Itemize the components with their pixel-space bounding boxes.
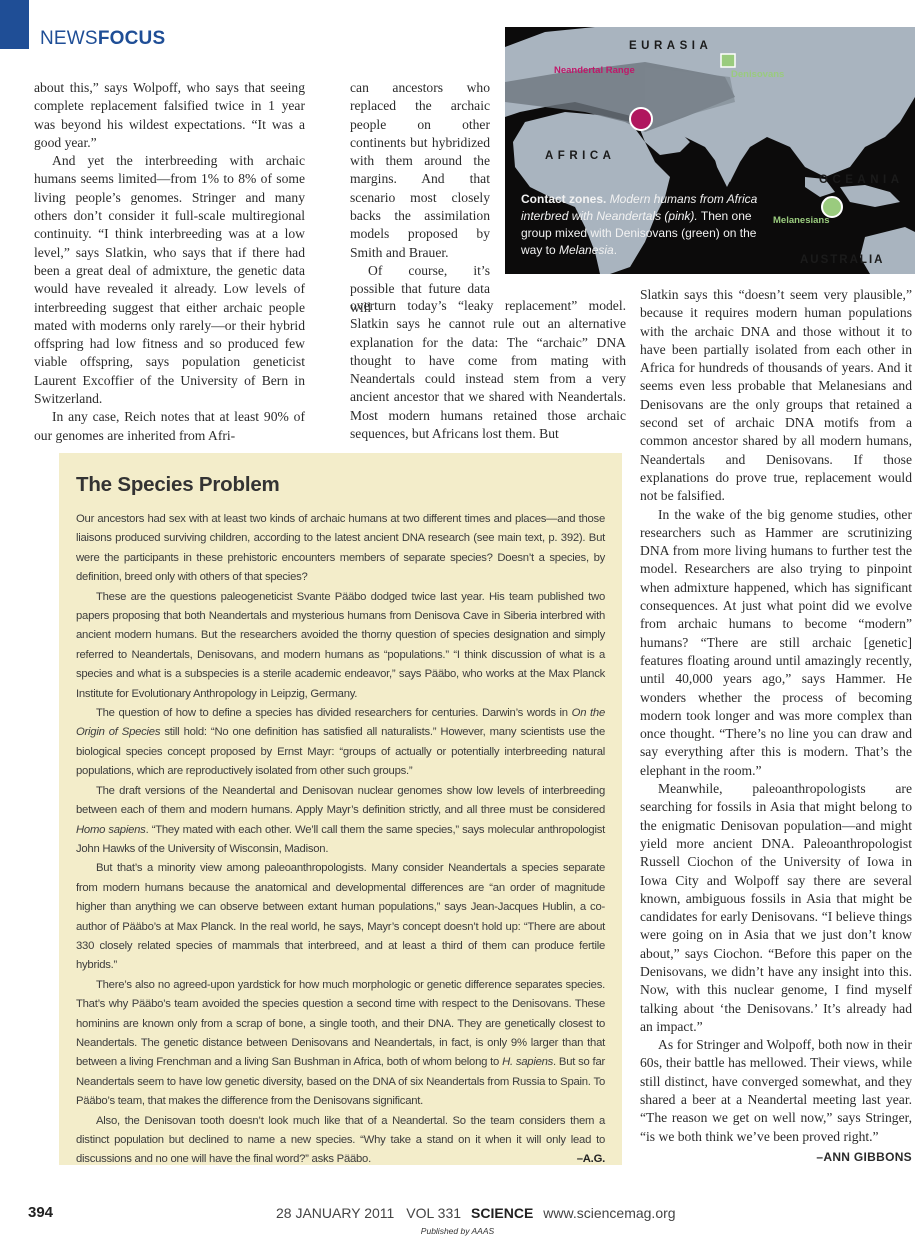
map-label-oceania: OCEANIA <box>819 174 904 186</box>
text-span: The question of how to define a species … <box>96 707 572 719</box>
article-paragraph: can ancestors who replaced the archaic p… <box>350 79 490 262</box>
sidebar-paragraph: The question of how to define a species … <box>76 704 605 782</box>
map-label-australia: AUSTRALIA <box>800 254 884 266</box>
author-byline: –ANN GIBBONS <box>798 1148 912 1166</box>
map-label-africa: AFRICA <box>545 150 615 162</box>
article-paragraph: Slatkin says this “doesn’t seem very pla… <box>640 286 912 506</box>
caption-period: . <box>614 243 617 257</box>
contact-zones-map: EURASIA AFRICA OCEANIA AUSTRALIA Neander… <box>505 27 915 274</box>
sidebar-title: The Species Problem <box>76 473 605 497</box>
issue-date: 28 JANUARY 2011 <box>276 1205 394 1221</box>
melanesia-contact-marker <box>822 197 842 217</box>
section-header: NEWSFOCUS <box>40 28 165 50</box>
sidebar-box-species-problem: The Species Problem Our ancestors had se… <box>59 453 622 1165</box>
article-paragraph: Meanwhile, paleoanthropologists are sear… <box>640 780 912 1036</box>
map-tag-neandertal-range: Neandertal Range <box>554 65 635 76</box>
publisher-note: Published by AAAS <box>0 1226 915 1236</box>
article-column-2-wide: overturn today’s “leaky replacement” mod… <box>350 297 626 443</box>
sidebar-paragraph: Our ancestors had sex with at least two … <box>76 510 605 588</box>
sidebar-paragraph: There’s also no agreed-upon yardstick fo… <box>76 976 605 1112</box>
article-paragraph: about this,” says Wolpoff, who says that… <box>34 79 305 152</box>
map-caption: Contact zones. Modern humans from Africa… <box>521 191 761 259</box>
species-name: Homo sapiens <box>76 824 146 836</box>
article-paragraph-last: As for Stringer and Wolpoff, both now in… <box>640 1036 912 1146</box>
article-column-1: about this,” says Wolpoff, who says that… <box>34 79 305 445</box>
section-header-light: NEWS <box>40 28 98 49</box>
journal-name: SCIENCE <box>471 1205 533 1221</box>
sidebar-paragraph: Also, the Denisovan tooth doesn’t look m… <box>76 1112 605 1170</box>
map-label-eurasia: EURASIA <box>629 40 712 52</box>
caption-title: Contact zones. <box>521 192 606 206</box>
map-tag-melanesians: Melanesians <box>773 215 830 226</box>
website-link[interactable]: www.sciencemag.org <box>543 1205 675 1221</box>
article-paragraph: And yet the interbreeding with archaic h… <box>34 152 305 408</box>
volume: VOL 331 <box>406 1205 461 1221</box>
map-tag-denisovans: Denisovans <box>731 69 784 80</box>
article-paragraph-text: As for Stringer and Wolpoff, both now in… <box>640 1037 912 1143</box>
article-column-3: Slatkin says this “doesn’t seem very pla… <box>640 286 912 1166</box>
page-number: 394 <box>28 1204 53 1221</box>
sidebar-body: Our ancestors had sex with at least two … <box>76 510 605 1170</box>
text-span: Also, the Denisovan tooth doesn’t look m… <box>76 1115 605 1166</box>
neandertal-contact-marker <box>630 108 652 130</box>
species-name: H. sapiens <box>502 1056 553 1068</box>
section-color-tab <box>0 0 29 49</box>
article-paragraph: In the wake of the big genome studies, o… <box>640 506 912 780</box>
sidebar-paragraph: These are the questions paleogeneticist … <box>76 588 605 704</box>
footer-info: 28 JANUARY 2011VOL 331SCIENCEwww.science… <box>276 1205 676 1221</box>
article-paragraph: overturn today’s “leaky replacement” mod… <box>350 297 626 443</box>
sidebar-paragraph: The draft versions of the Neandertal and… <box>76 782 605 860</box>
sidebar-paragraph: But that’s a minority view among paleoan… <box>76 859 605 975</box>
text-span: The draft versions of the Neandertal and… <box>76 785 605 816</box>
sidebar-signature: –A.G. <box>557 1150 605 1169</box>
section-header-bold: FOCUS <box>98 28 166 49</box>
denisova-cave-marker <box>721 54 735 67</box>
article-paragraph: In any case, Reich notes that at least 9… <box>34 408 305 445</box>
text-span: . “They mated with each other. We’ll cal… <box>76 824 605 855</box>
caption-italic-place: Melanesia <box>559 243 614 257</box>
article-column-2-narrow: can ancestors who replaced the archaic p… <box>350 79 490 317</box>
text-span: There’s also no agreed-upon yardstick fo… <box>76 979 605 1069</box>
